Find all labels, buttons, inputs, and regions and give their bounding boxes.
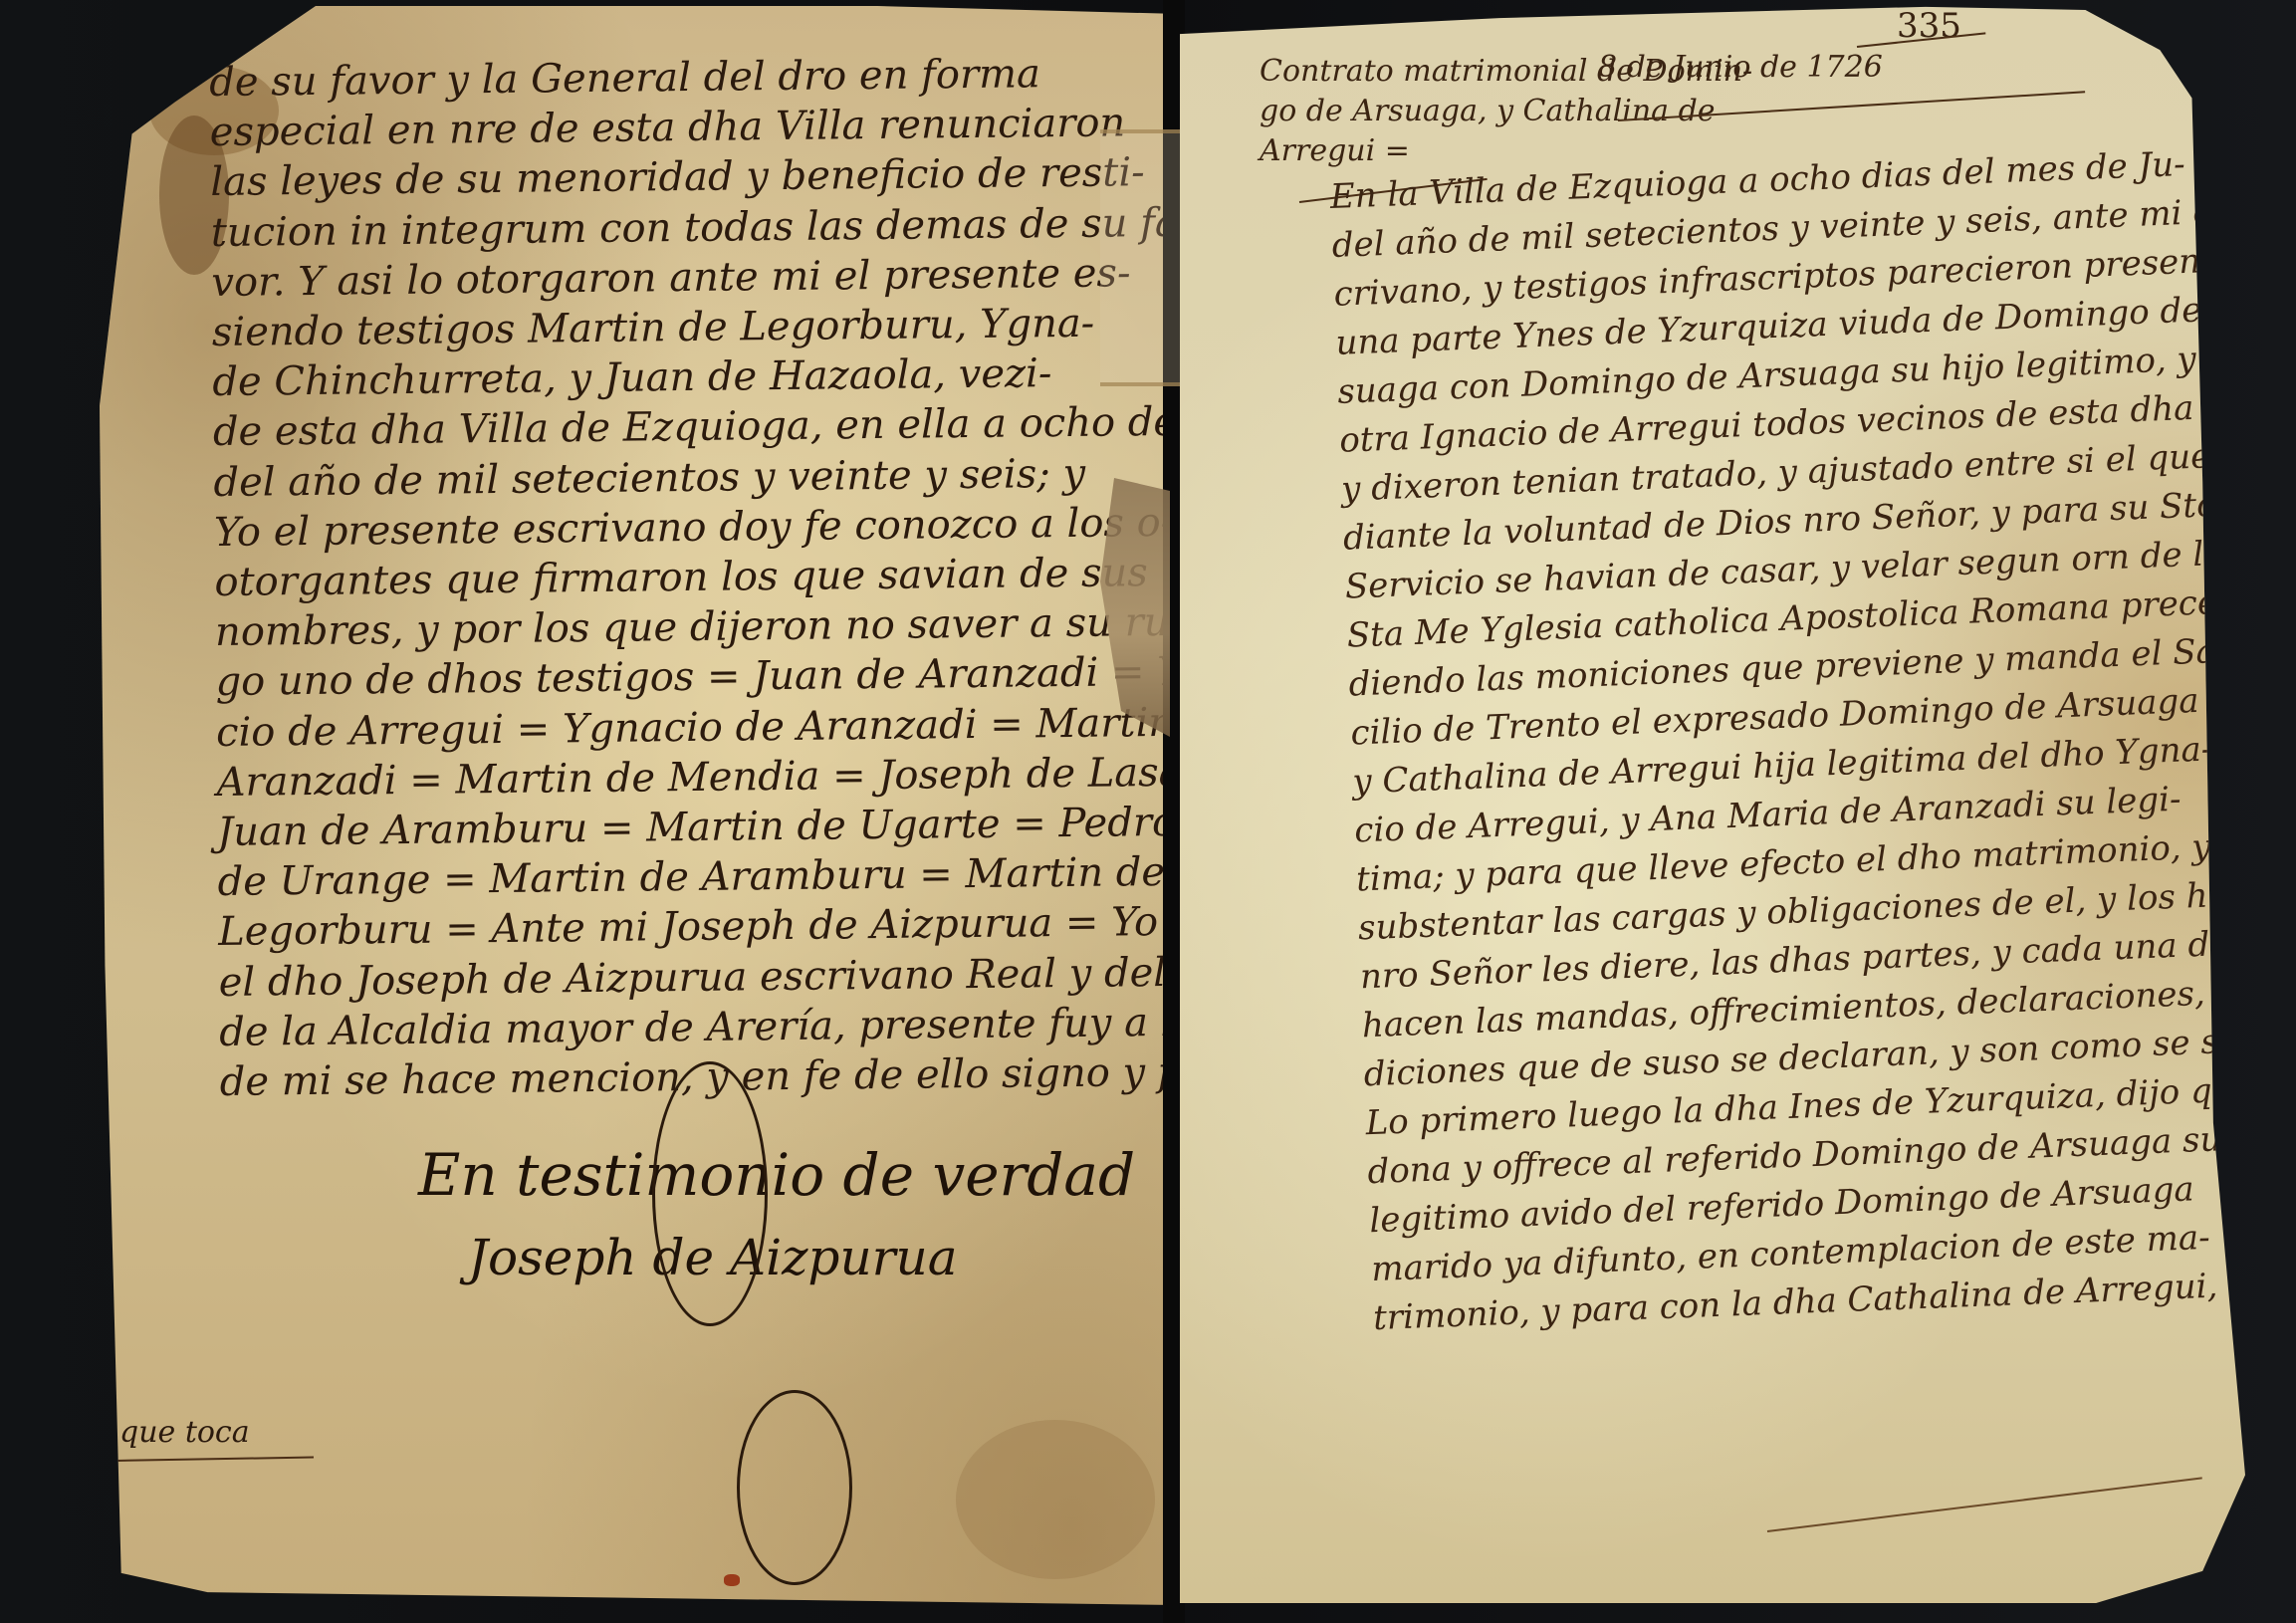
closing-rule bbox=[1767, 1477, 2202, 1532]
margin-note: que toca bbox=[119, 1415, 250, 1450]
right-folio: 335 Contrato matrimonial de Domin- go de… bbox=[1180, 2, 2245, 1603]
left-folio: de su favor y la General del dro en form… bbox=[100, 6, 1180, 1605]
notary-signature: En testimonio de verdad Joseph de Aizpur… bbox=[408, 1141, 1135, 1286]
paper-tear bbox=[956, 1420, 1155, 1579]
margin-rule bbox=[115, 1457, 314, 1462]
signature-name: Joseph de Aizpurua bbox=[468, 1229, 1135, 1286]
manuscript-scan: de su favor y la General del dro en form… bbox=[0, 0, 2296, 1623]
attestation-text: En testimonio de verdad bbox=[418, 1141, 1135, 1209]
signum-flourish bbox=[652, 1061, 768, 1326]
heading-line: go de Arsuaga, y Cathalina de bbox=[1260, 92, 1752, 131]
wax-mark bbox=[724, 1574, 740, 1586]
signature-flourish bbox=[737, 1390, 852, 1585]
right-folio-text: En la Villa de Ezquioga a ocho dias del … bbox=[1329, 134, 2296, 1343]
document-date: 8 de Junio de 1726 bbox=[1598, 50, 1883, 85]
